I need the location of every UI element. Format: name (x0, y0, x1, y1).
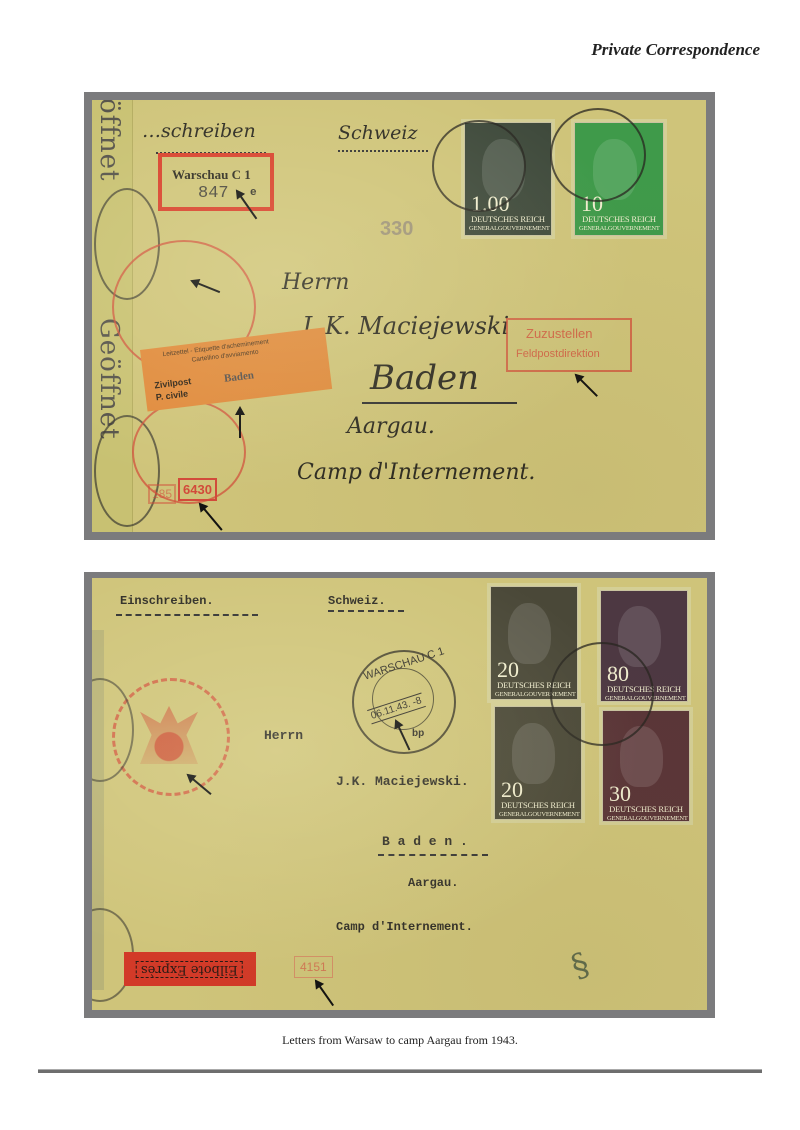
address-line: J. K. Maciejewski (302, 312, 509, 340)
address-line: J.K. Maciejewski. (336, 774, 469, 789)
censor-number: 6430 (178, 478, 217, 501)
address-line: Camp d'Internement. (336, 920, 473, 934)
stamp-territory: GENERALGOUVERNEMENT (607, 814, 685, 823)
registration-word: …schreiben (142, 120, 256, 142)
stamp-country: DEUTSCHES REICH (579, 215, 659, 224)
pencil-mark: § (566, 944, 594, 985)
faint-number: 330 (380, 218, 413, 241)
stamp-country: DEUTSCHES REICH (499, 801, 577, 810)
field-post-line: Zuzustellen (526, 326, 592, 341)
underline (362, 402, 517, 404)
registration-number: 847 (198, 184, 229, 203)
underline (328, 610, 404, 612)
registration-suffix: e (250, 187, 257, 199)
censor-number: 4151 (294, 956, 333, 978)
stamp-territory: GENERALGOUVERNEMENT (469, 224, 547, 233)
annotation-arrow (315, 980, 334, 1006)
annotation-arrow (575, 374, 598, 397)
address-line: Aargau. (347, 414, 435, 439)
address-line: B a d e n . (382, 834, 468, 849)
portrait (508, 603, 551, 665)
stamp-country: DEUTSCHES REICH (469, 215, 547, 224)
footer-rule (38, 1069, 762, 1073)
cover-2-envelope: Einschreiben. Schweiz. WARSCHAU C 1 06.1… (92, 578, 707, 1010)
postmark-code: bp (412, 728, 424, 739)
stamp-territory: GENERALGOUVERNEMENT (579, 224, 659, 233)
address-line: Baden (370, 358, 479, 398)
censor-tape-text: öffnet (94, 100, 124, 181)
postmark (432, 120, 526, 212)
censor-number: 185 (148, 484, 176, 504)
registration-office: Warschau C 1 (172, 167, 251, 183)
express-label: Eilbote Exprès (124, 952, 256, 986)
address-line: Aargau. (408, 876, 458, 890)
field-post-box: Zuzustellen Feldpostdirektion (506, 318, 632, 372)
annotation-arrow (239, 408, 241, 438)
portrait (512, 723, 555, 785)
destination-country: Schweiz (338, 122, 418, 144)
registration-label: Warschau C 1 847 e (158, 153, 274, 211)
routing-type: P. civile (155, 389, 188, 403)
express-label-text: Eilbote Exprès (136, 961, 243, 978)
cover-1-envelope: öffnet Geöffnet …schreiben Schweiz Warsc… (92, 100, 706, 532)
figure-caption: Letters from Warsaw to camp Aargau from … (0, 1033, 800, 1048)
routing-destination: Baden (223, 369, 254, 385)
address-line: Herrn (282, 270, 349, 295)
page-header-title: Private Correspondence (591, 40, 760, 60)
underline (116, 614, 258, 616)
underline (338, 150, 428, 152)
stamp-territory: GENERALGOUVERNEMENT (499, 810, 577, 819)
annotation-arrow (199, 503, 222, 530)
postmark (550, 108, 646, 202)
address-line: Herrn (264, 728, 303, 743)
field-post-line: Feldpostdirektion (516, 348, 600, 360)
destination-country: Schweiz. (328, 594, 386, 608)
underline (378, 854, 488, 856)
address-line: Camp d'Internement. (297, 460, 535, 485)
registration-word: Einschreiben. (120, 594, 214, 608)
stamp-country: DEUTSCHES REICH (607, 805, 685, 814)
postmark (550, 642, 654, 746)
